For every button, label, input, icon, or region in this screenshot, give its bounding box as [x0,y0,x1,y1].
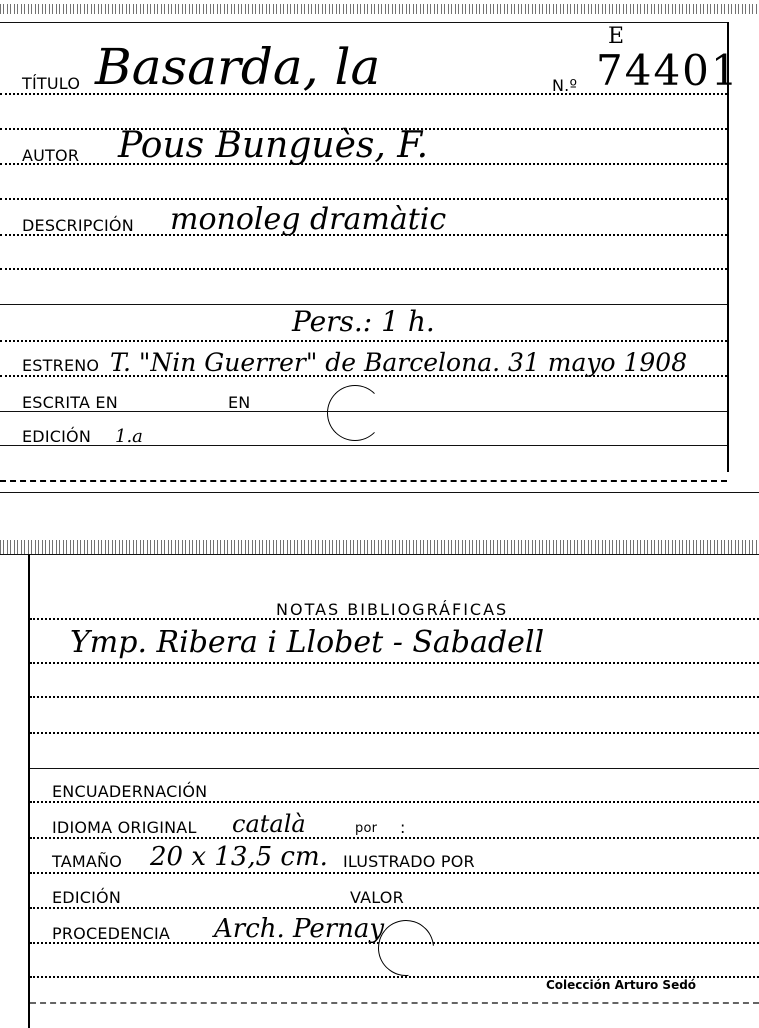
encuadernacion-label: ENCUADERNACIÓN [52,784,207,800]
titulo-value: Basarda, la [95,42,380,92]
autor-label: AUTOR [22,148,79,164]
catalog-card-bottom: NOTAS BIBLIOGRÁFICAS Ymp. Ribera i Llobe… [0,536,759,1028]
tamano-line [30,872,759,874]
escrita-en-label: ESCRITA EN [22,395,118,411]
numero-value: 74401 [596,50,740,92]
collection-footer: Colección Arturo Sedó [546,978,696,992]
scan-noise-edge [0,4,759,14]
edicion-value: 1.a [115,428,143,446]
card-bottom-edge [30,1002,759,1004]
estreno-label: ESTRENO [22,358,99,374]
stamp-circle [327,385,383,441]
autor-line [0,163,727,165]
ruled-line [30,662,759,664]
por-value: : [400,820,406,836]
por-label: por [355,822,377,835]
card-top-border [0,554,759,555]
ruled-line [0,198,727,200]
numero-label: N.º [552,78,577,94]
ruled-line [30,732,759,734]
ruled-line [30,618,759,620]
descripcion-line [0,234,727,236]
procedencia-label: PROCEDENCIA [52,926,170,942]
tamano-label: TAMAÑO [52,854,122,870]
autor-value: Pous Bunguès, F. [118,128,428,164]
card-bottom-edge [0,480,727,482]
procedencia-value: Arch. Pernay [214,916,384,942]
scan-noise-edge [0,540,759,554]
encuadernacion-line [30,801,759,803]
en-label: EN [228,395,250,411]
card-left-border [28,554,30,1028]
estreno-value: T. "Nin Guerrer" de Barcelona. 31 mayo 1… [110,350,687,375]
valor-label: VALOR [350,890,404,906]
card-separator [0,492,759,493]
titulo-label: TÍTULO [22,76,80,92]
numero-mark: E [608,26,624,48]
personajes-value: Pers.: 1 h. [292,308,435,336]
edicion-label: EDICIÓN [22,429,91,445]
ruled-line [0,268,727,270]
idioma-line [30,837,759,839]
idioma-original-label: IDIOMA ORIGINAL [52,820,197,836]
ruled-line [30,768,759,769]
tamano-value: 20 x 13,5 cm. [150,844,328,870]
edicion-line [0,445,727,446]
estreno-line [0,375,727,377]
idioma-original-value: català [232,812,306,836]
descripcion-label: DESCRIPCIÓN [22,218,134,234]
edicion-line [30,907,759,909]
notas-line-1: Ymp. Ribera i Llobet - Sabadell [70,628,544,658]
edicion-label: EDICIÓN [52,890,121,906]
card-top-border [0,22,729,23]
ilustrado-por-label: ILUSTRADO POR [343,854,475,870]
ruled-line [0,340,727,342]
titulo-line [0,93,727,95]
ruled-line [30,696,759,698]
catalog-card-top: TÍTULO Basarda, la N.º E 74401 AUTOR Pou… [0,0,759,495]
descripcion-value: monoleg dramàtic [170,205,446,235]
notas-heading: NOTAS BIBLIOGRÁFICAS [276,602,508,618]
